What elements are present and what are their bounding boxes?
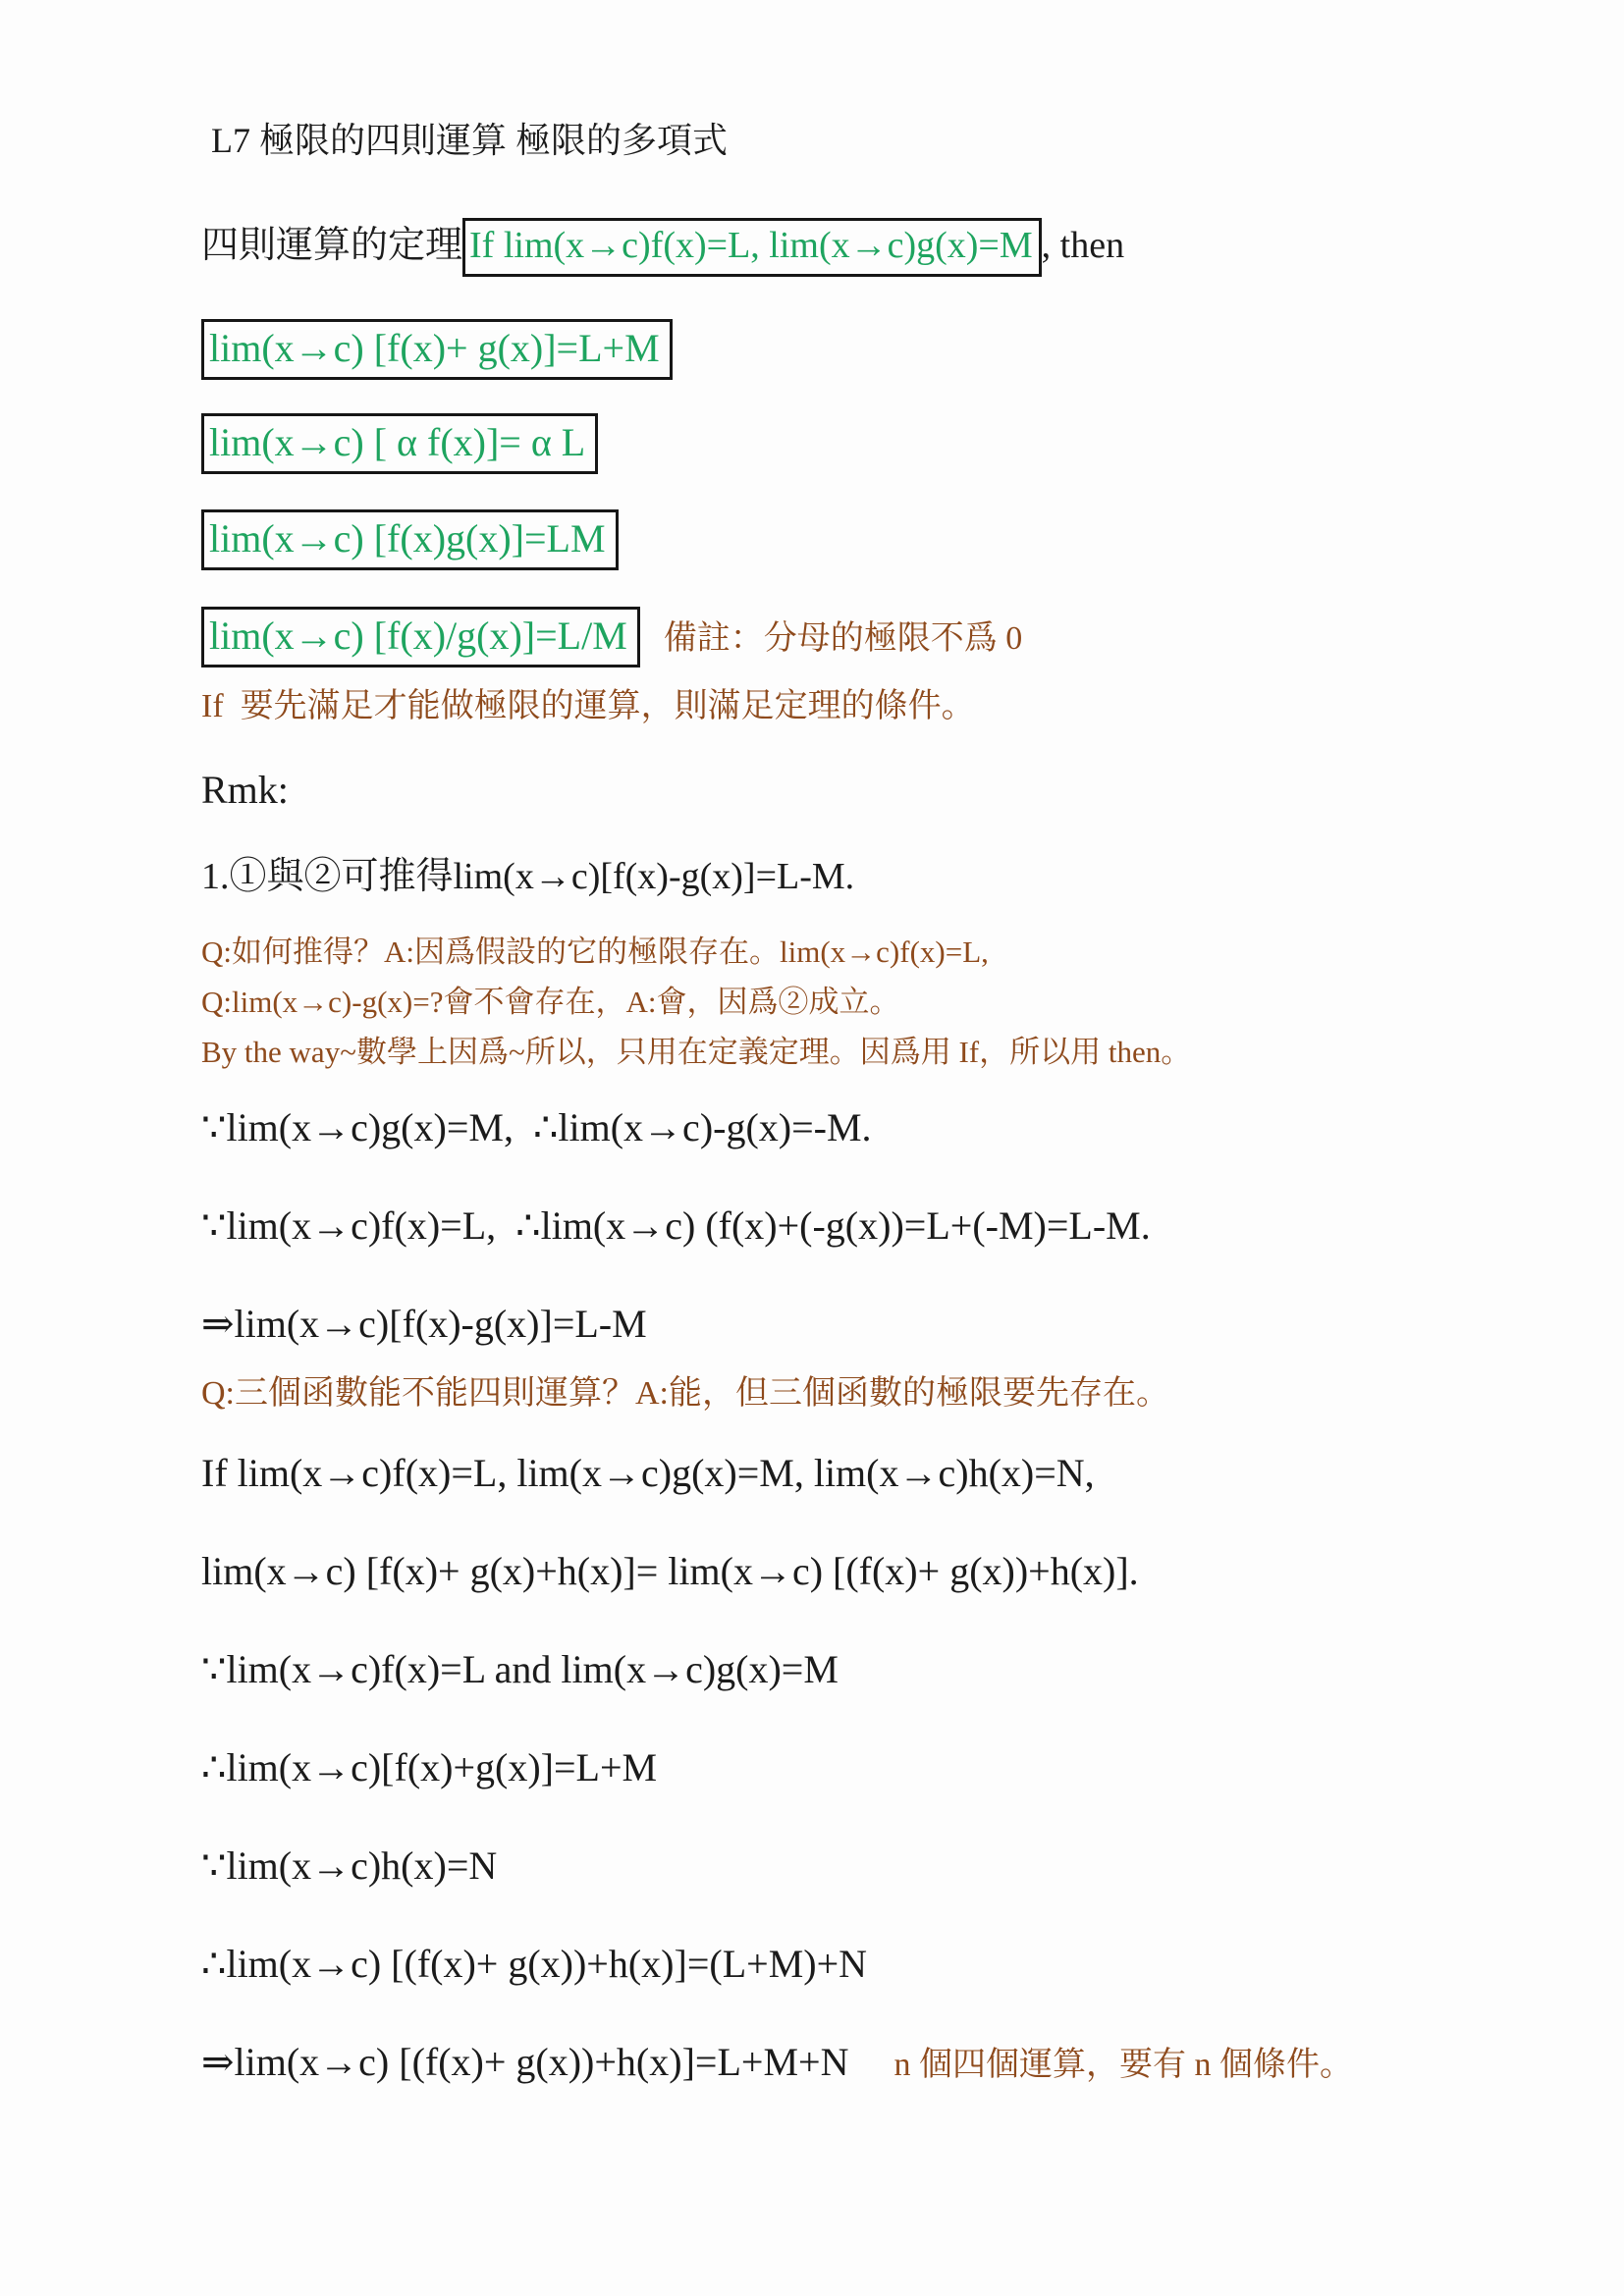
text-segment: 四則運算的定理 [201, 225, 462, 266]
doc-line-0: 四則運算的定理If lim(x→c)f(x)=L, lim(x→c)g(x)=M… [201, 218, 1124, 277]
annotation-text: By the way~數學上因爲~所以，只用在定義定理。因爲用 If，所以用 t… [201, 1035, 1191, 1069]
doc-line-1: lim(x→c) [f(x)+ g(x)]=L+M [201, 319, 673, 380]
doc-line-14: Q:三個函數能不能四則運算？A:能，但三個函數的極限要先存在。 [201, 1374, 1169, 1413]
annotation-text: Q:三個函數能不能四則運算？A:能，但三個函數的極限要先存在。 [201, 1375, 1169, 1412]
text-segment: ∵lim(x→c)h(x)=N [201, 1843, 497, 1888]
doc-line-18: ∴lim(x→c)[f(x)+g(x)]=L+M [201, 1745, 657, 1790]
doc-line-7: 1.①與②可推得lim(x→c)[f(x)-g(x)]=L-M. [201, 856, 854, 899]
doc-line-4: lim(x→c) [f(x)/g(x)]=L/M備註：分母的極限不爲 0 [201, 607, 1022, 667]
text-segment: ∵lim(x→c)g(x)=M, ∴lim(x→c)-g(x)=-M. [201, 1105, 872, 1149]
text-segment: ⇒lim(x→c) [(f(x)+ g(x))+h(x)]=L+M+N [201, 2040, 848, 2084]
doc-line-15: If lim(x→c)f(x)=L, lim(x→c)g(x)=M, lim(x… [201, 1451, 1095, 1496]
doc-line-21: ⇒lim(x→c) [(f(x)+ g(x))+h(x)]=L+M+Nn 個四個… [201, 2040, 1353, 2085]
annotation-text: Q:如何推得？A:因爲假設的它的極限存在。lim(x→c)f(x)=L, [201, 934, 989, 969]
doc-line-20: ∴lim(x→c) [(f(x)+ g(x))+h(x)]=(L+M)+N [201, 1942, 867, 1987]
doc-line-11: ∵lim(x→c)g(x)=M, ∴lim(x→c)-g(x)=-M. [201, 1105, 872, 1150]
text-segment: , then [1042, 225, 1124, 266]
doc-line-12: ∵lim(x→c)f(x)=L, ∴lim(x→c) (f(x)+(-g(x))… [201, 1203, 1151, 1249]
text-segment: 1.①與②可推得lim(x→c)[f(x)-g(x)]=L-M. [201, 856, 854, 897]
formula-box: If lim(x→c)f(x)=L, lim(x→c)g(x)=M [462, 218, 1042, 277]
document-body: 四則運算的定理If lim(x→c)f(x)=L, lim(x→c)g(x)=M… [0, 0, 1624, 2296]
text-segment: ⇒lim(x→c)[f(x)-g(x)]=L-M [201, 1302, 647, 1346]
doc-line-3: lim(x→c) [f(x)g(x)]=LM [201, 509, 619, 570]
text-segment: ∴lim(x→c) [(f(x)+ g(x))+h(x)]=(L+M)+N [201, 1942, 867, 1986]
doc-line-8: Q:如何推得？A:因爲假設的它的極限存在。lim(x→c)f(x)=L, [201, 934, 989, 970]
annotation-text: Q:lim(x→c)-g(x)=?會不會存在，A:會，因爲②成立。 [201, 985, 899, 1019]
doc-line-9: Q:lim(x→c)-g(x)=?會不會存在，A:會，因爲②成立。 [201, 985, 899, 1020]
doc-line-6: Rmk: [201, 768, 289, 813]
text-segment: If lim(x→c)f(x)=L, lim(x→c)g(x)=M, lim(x… [201, 1451, 1095, 1495]
annotation-text: 備註：分母的極限不爲 0 [664, 620, 1023, 657]
doc-line-2: lim(x→c) [ α f(x)]= α L [201, 413, 598, 474]
text-segment: ∵lim(x→c)f(x)=L and lim(x→c)g(x)=M [201, 1647, 839, 1691]
doc-line-13: ⇒lim(x→c)[f(x)-g(x)]=L-M [201, 1302, 647, 1347]
formula-box: lim(x→c) [f(x)g(x)]=LM [201, 509, 619, 570]
formula-box: lim(x→c) [f(x)+ g(x)]=L+M [201, 319, 673, 380]
doc-line-5: If 要先滿足才能做極限的運算，則滿足定理的條件。 [201, 687, 975, 725]
doc-line-10: By the way~數學上因爲~所以，只用在定義定理。因爲用 If，所以用 t… [201, 1035, 1191, 1070]
document-page: L7 極限的四則運算 極限的多項式 四則運算的定理If lim(x→c)f(x)… [0, 0, 1624, 2296]
text-segment: lim(x→c) [f(x)+ g(x)+h(x)]= lim(x→c) [(f… [201, 1549, 1139, 1593]
annotation-text: If 要先滿足才能做極限的運算，則滿足定理的條件。 [201, 688, 975, 724]
doc-line-19: ∵lim(x→c)h(x)=N [201, 1843, 497, 1889]
text-segment: Rmk: [201, 768, 289, 812]
doc-line-16: lim(x→c) [f(x)+ g(x)+h(x)]= lim(x→c) [(f… [201, 1549, 1139, 1594]
text-segment: ∴lim(x→c)[f(x)+g(x)]=L+M [201, 1745, 657, 1789]
formula-box: lim(x→c) [ α f(x)]= α L [201, 413, 598, 474]
text-segment: ∵lim(x→c)f(x)=L, ∴lim(x→c) (f(x)+(-g(x))… [201, 1203, 1151, 1248]
formula-box: lim(x→c) [f(x)/g(x)]=L/M [201, 607, 640, 667]
doc-line-17: ∵lim(x→c)f(x)=L and lim(x→c)g(x)=M [201, 1647, 839, 1692]
annotation-text: n 個四個運算，要有 n 個條件。 [893, 2047, 1353, 2083]
